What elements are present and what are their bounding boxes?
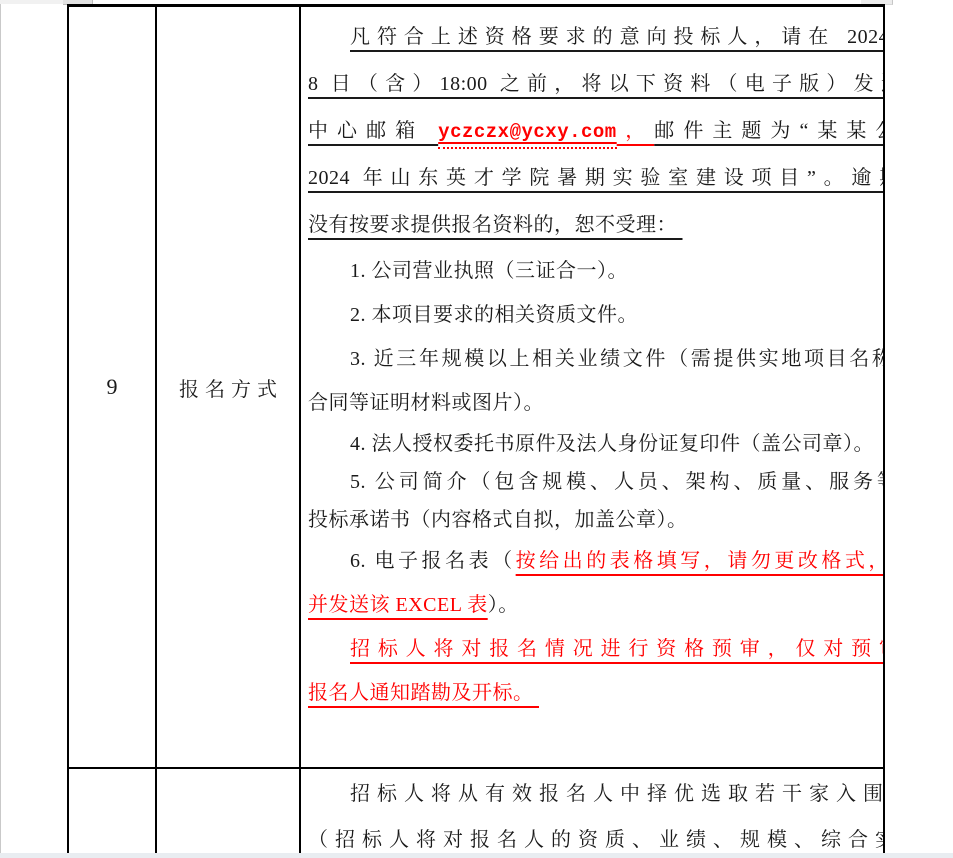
doc-text: 4. 法人授权委托书原件及法人身份证复印件（盖公司章）。	[350, 433, 874, 455]
underlined-text: 没有按要求提供报名资料的，恕不受理：	[308, 214, 683, 236]
text-line: 中心邮箱 yczczx@ycxy.com，邮件主题为“某某公司投标	[308, 108, 885, 155]
text-line: 没有按要求提供报名资料的，恕不受理：	[308, 202, 885, 249]
text-line: 1. 公司营业执照（三证合一）。	[308, 249, 885, 293]
selection-content-cell: 招标人将从有效报名人中择优选取若干家入围投标（招标人将对报名人的资质、业绩、规模…	[301, 769, 885, 858]
underlined-text: 8 日（含）18:00 之前，将以下资料（电子版）发送至招采	[308, 73, 885, 95]
red-underlined-text: 报名人通知踏勘及开标。	[308, 682, 539, 704]
text-line: 6. 电子报名表（按给出的表格填写，请勿更改格式，直接填写	[308, 539, 885, 583]
top-left-edge-fragment	[0, 0, 63, 4]
doc-text: 3. 近三年规模以上相关业绩文件（需提供实地项目名称、地址、	[350, 348, 885, 370]
doc-text: 1. 公司营业执照（三证合一）。	[350, 260, 628, 282]
text-line: 2. 本项目要求的相关资质文件。	[308, 293, 885, 337]
text-line: 5. 公司简介（包含规模、人员、架构、质量、服务等方面），	[308, 463, 885, 501]
page-left-edge	[0, 0, 1, 858]
text-line: 4. 法人授权委托书原件及法人身份证复印件（盖公司章）。	[308, 425, 885, 463]
row-number: 9	[107, 374, 118, 400]
page-bottom-edge	[0, 853, 953, 858]
red-underlined-text: 并发送该 EXCEL 表	[308, 594, 488, 616]
text-line: 招标人将从有效报名人中择优选取若干家入围投标	[308, 771, 885, 817]
text-line: 合同等证明材料或图片）。	[308, 381, 885, 425]
doc-text: 6. 电子报名表（	[350, 550, 516, 572]
underlined-text: 邮件主题为“某某公司投标	[654, 120, 885, 142]
text-line: （招标人将对报名人的资质、业绩、规模、综合实力以及	[308, 817, 885, 858]
underlined-text: 凡符合上述资格要求的意向投标人，请在 2024 年 6 月	[350, 26, 885, 48]
text-line: 3. 近三年规模以上相关业绩文件（需提供实地项目名称、地址、	[308, 337, 885, 381]
text-line: 并发送该 EXCEL 表）。	[308, 583, 885, 627]
row-label-cell-empty	[157, 769, 301, 858]
doc-text: ）。	[488, 594, 519, 616]
text-line: 2024 年山东英才学院暑期实验室建设项目”。逾期发送或	[308, 155, 885, 202]
row-number-cell: 9	[69, 7, 157, 769]
text-line: 招标人将对报名情况进行资格预审，仅对预审通过的	[308, 627, 885, 671]
red-underlined-text: ，	[617, 120, 655, 142]
underlined-text: 2024 年山东英才学院暑期实验室建设项目”。逾期发送或	[308, 167, 885, 189]
tender-document-table: 9 报名方式 凡符合上述资格要求的意向投标人，请在 2024 年 6 月8 日（…	[67, 4, 885, 858]
row-label: 报名方式	[179, 373, 283, 402]
doc-text: 2. 本项目要求的相关资质文件。	[350, 304, 638, 326]
doc-text: 合同等证明材料或图片）。	[308, 392, 544, 414]
doc-text: 招标人将从有效报名人中择优选取若干家入围投标	[350, 783, 885, 805]
row-number-cell-empty	[69, 769, 157, 858]
doc-text: 5. 公司简介（包含规模、人员、架构、质量、服务等方面），	[350, 471, 885, 493]
text-line: 报名人通知踏勘及开标。	[308, 671, 885, 715]
email-address[interactable]: yczczx@ycxy.com	[438, 121, 617, 149]
red-underlined-text: 按给出的表格填写，请勿更改格式，直接填写	[516, 550, 885, 572]
red-underlined-text: 招标人将对报名情况进行资格预审，仅对预审通过的	[350, 638, 885, 660]
text-line: 凡符合上述资格要求的意向投标人，请在 2024 年 6 月	[308, 14, 885, 61]
doc-text: 投标承诺书（内容格式自拟，加盖公章）。	[308, 509, 688, 531]
underlined-text: 中心邮箱	[308, 120, 438, 142]
doc-text: （招标人将对报名人的资质、业绩、规模、综合实力以及	[308, 829, 885, 851]
row-label-cell: 报名方式	[157, 7, 301, 769]
text-line: 8 日（含）18:00 之前，将以下资料（电子版）发送至招采	[308, 61, 885, 108]
text-line: 投标承诺书（内容格式自拟，加盖公章）。	[308, 501, 885, 539]
registration-method-content-cell: 凡符合上述资格要求的意向投标人，请在 2024 年 6 月8 日（含）18:00…	[301, 7, 885, 769]
